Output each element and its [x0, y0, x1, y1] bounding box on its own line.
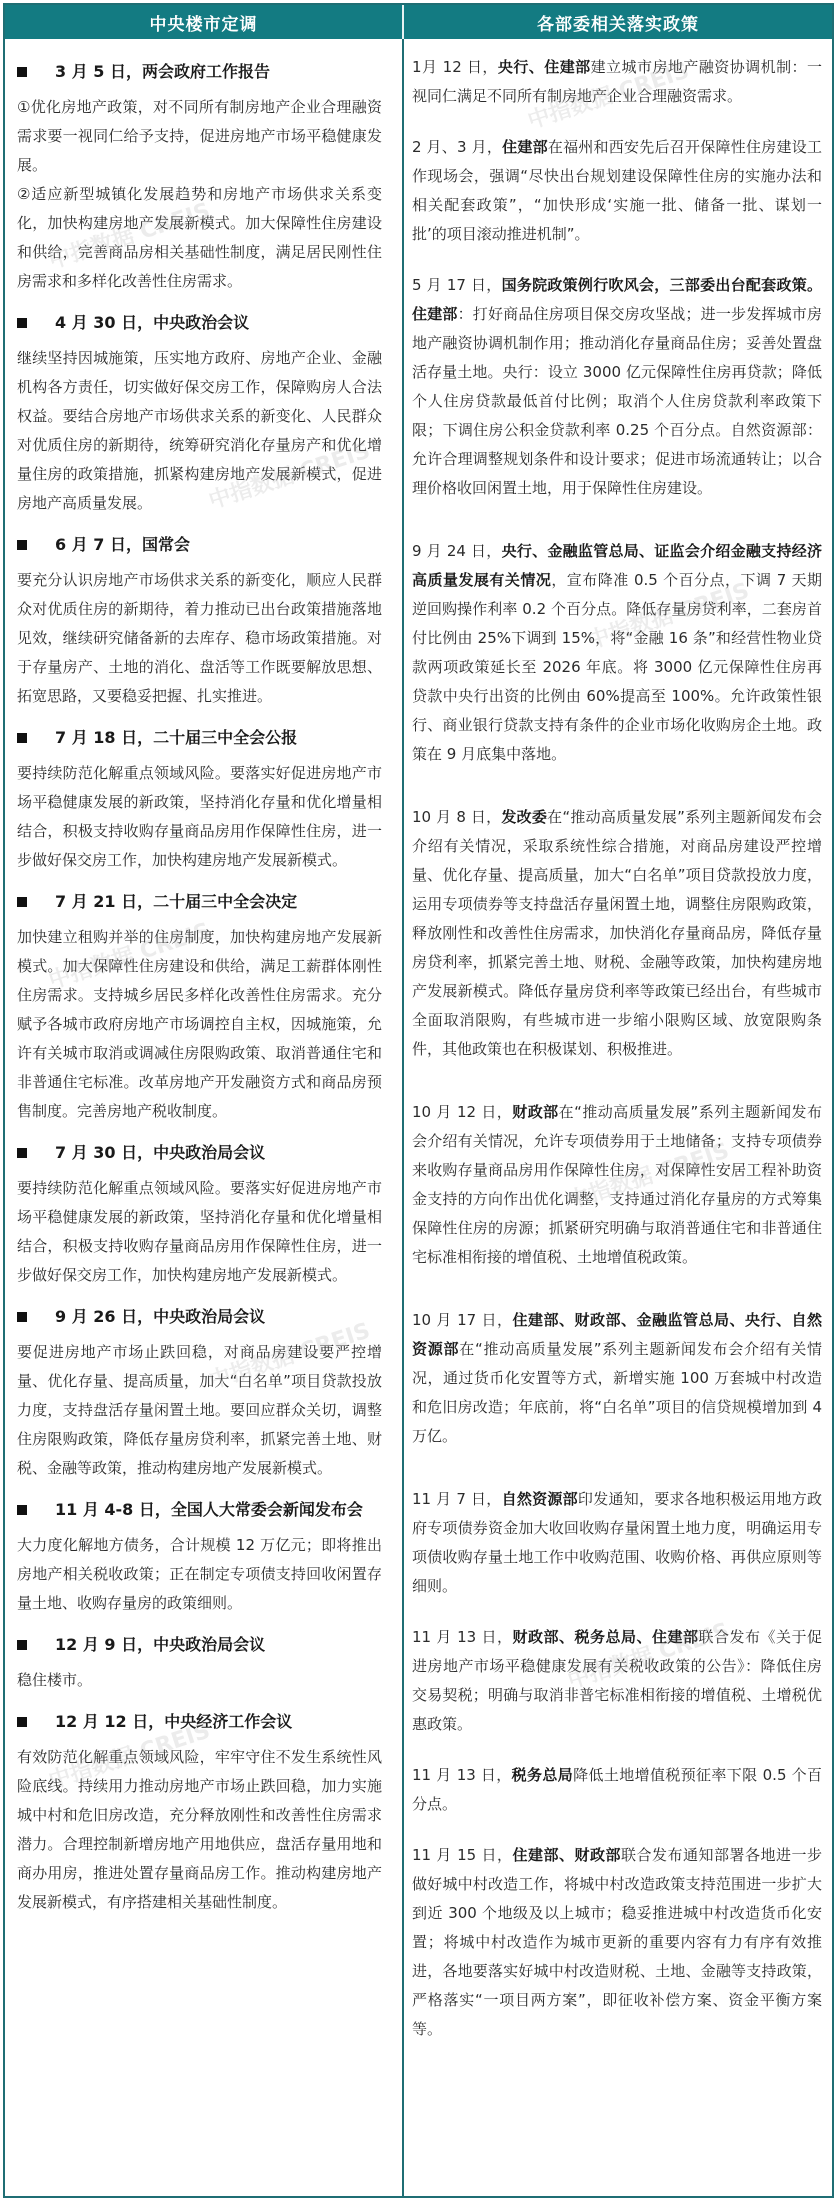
- header-ministry-policies: 各部委相关落实政策: [404, 5, 832, 39]
- entry-agency: 财政部: [512, 1103, 558, 1121]
- policy-entry: 1月 12 日，央行、住建部建立城市房地产融资协调机制：一视同仁满足不同所有制房…: [412, 53, 822, 111]
- section-paragraph: 要促进房地产市场止跌回稳，对商品房建设要严控增量、优化存量、提高质量，加大“白名…: [17, 1338, 382, 1483]
- entry-agency: 央行、住建部: [498, 58, 591, 76]
- square-bullet-icon: [17, 67, 27, 77]
- entry-date: 5 月 17 日，: [412, 276, 502, 294]
- square-bullet-icon: [17, 318, 27, 328]
- central-section: 11 月 4-8 日，全国人大常委会新闻发布会 大力度化解地方债务，合计规模 1…: [17, 1495, 382, 1618]
- entry-date: 11 月 13 日，: [412, 1766, 512, 1784]
- policy-entry: 10 月 12 日，财政部在“推动高质量发展”系列主题新闻发布会介绍有关情况，允…: [412, 1098, 822, 1272]
- entry-agency: 住建部、财政部: [512, 1846, 621, 1864]
- policy-entry: 11 月 15 日，住建部、财政部联合发布通知部署各地进一步做好城中村改造工作，…: [412, 1841, 822, 2044]
- section-title: 9 月 26 日，中央政治局会议: [55, 1302, 265, 1332]
- entry-date: 1月 12 日，: [412, 58, 498, 76]
- central-section: 7 月 21 日，二十届三中全会决定 加快建立租购并举的住房制度，加快构建房地产…: [17, 887, 382, 1126]
- entry-text: 在“推动高质量发展”系列主题新闻发布会介绍有关情况，采取系统性综合措施，对商品房…: [412, 808, 822, 1058]
- entry-date: 10 月 8 日，: [412, 808, 501, 826]
- section-paragraph: 加快建立租购并举的住房制度，加快构建房地产发展新模式。加大保障性住房建设和供给，…: [17, 923, 382, 1126]
- section-paragraph: 有效防范化解重点领域风险，牢牢守住不发生系统性风险底线。持续用力推动房地产市场止…: [17, 1743, 382, 1917]
- square-bullet-icon: [17, 1148, 27, 1158]
- square-bullet-icon: [17, 733, 27, 743]
- section-paragraph: 稳住楼市。: [17, 1666, 382, 1695]
- section-paragraph: 要持续防范化解重点领域风险。要落实好促进房地产市场平稳健康发展的新政策，坚持消化…: [17, 1174, 382, 1290]
- square-bullet-icon: [17, 1312, 27, 1322]
- section-title: 6 月 7 日，国常会: [55, 530, 190, 560]
- section-title: 12 月 12 日，中央经济工作会议: [55, 1707, 292, 1737]
- policy-entry: 11 月 13 日，税务总局降低土地增值税预征率下限 0.5 个百分点。: [412, 1761, 822, 1819]
- central-section: 12 月 12 日，中央经济工作会议 有效防范化解重点领域风险，牢牢守住不发生系…: [17, 1707, 382, 1917]
- section-title: 11 月 4-8 日，全国人大常委会新闻发布会: [55, 1495, 363, 1525]
- central-section: 7 月 30 日，中央政治局会议 要持续防范化解重点领域风险。要落实好促进房地产…: [17, 1138, 382, 1290]
- central-section: 6 月 7 日，国常会 要充分认识房地产市场供求关系的新变化，顺应人民群众对优质…: [17, 530, 382, 711]
- entry-agency: 税务总局: [512, 1766, 573, 1784]
- entry-text: 联合发布通知部署各地进一步做好城中村改造工作，将城中村改造政策支持范围进一步扩大…: [412, 1846, 822, 2038]
- section-title: 4 月 30 日，中央政治会议: [55, 308, 249, 338]
- section-paragraph: 大力度化解地方债务，合计规模 12 万亿元；即将推出房地产相关税收政策；正在制定…: [17, 1531, 382, 1618]
- square-bullet-icon: [17, 897, 27, 907]
- policy-entry: 10 月 17 日，住建部、财政部、金融监管总局、央行、自然资源部在“推动高质量…: [412, 1306, 822, 1451]
- policy-entry: 2 月、3 月，住建部在福州和西安先后召开保障性住房建设工作现场会，强调“尽快出…: [412, 133, 822, 249]
- entry-date: 10 月 12 日，: [412, 1103, 512, 1121]
- entry-agency: 发改委: [501, 808, 547, 826]
- square-bullet-icon: [17, 540, 27, 550]
- ministry-column: 中指数据 CREIS 中指数据 CREIS 中指数据 CREIS 中指数据 CR…: [404, 39, 832, 2196]
- policy-table: 中央楼市定调 各部委相关落实政策 中指数据 CREIS 中指数据 CREIS 中…: [3, 3, 834, 2198]
- header-central-tone: 中央楼市定调: [5, 5, 404, 39]
- central-section: 3 月 5 日，两会政府工作报告 ①优化房地产政策，对不同所有制房地产企业合理融…: [17, 57, 382, 296]
- square-bullet-icon: [17, 1505, 27, 1515]
- entry-date: 9 月 24 日，: [412, 542, 502, 560]
- section-paragraph: 要充分认识房地产市场供求关系的新变化，顺应人民群众对优质住房的新期待，着力推动已…: [17, 566, 382, 711]
- entry-text: 在“推动高质量发展”系列主题新闻发布会介绍有关情况，允许专项债券用于土地储备；支…: [412, 1103, 822, 1266]
- central-section: 7 月 18 日，二十届三中全会公报 要持续防范化解重点领域风险。要落实好促进房…: [17, 723, 382, 875]
- central-section: 12 月 9 日，中央政治局会议 稳住楼市。: [17, 1630, 382, 1695]
- section-paragraph: ①优化房地产政策，对不同所有制房地产企业合理融资需求要一视同仁给予支持，促进房地…: [17, 93, 382, 180]
- entry-date: 11 月 7 日，: [412, 1490, 502, 1508]
- policy-entry: 10 月 8 日，发改委在“推动高质量发展”系列主题新闻发布会介绍有关情况，采取…: [412, 803, 822, 1064]
- entry-date: 11 月 13 日，: [412, 1628, 512, 1646]
- entry-agency: 财政部、税务总局、住建部: [512, 1628, 698, 1646]
- entry-date: 2 月、3 月，: [412, 138, 502, 156]
- central-section: 9 月 26 日，中央政治局会议 要促进房地产市场止跌回稳，对商品房建设要严控增…: [17, 1302, 382, 1483]
- section-title: 7 月 18 日，二十届三中全会公报: [55, 723, 297, 753]
- section-paragraph: ②适应新型城镇化发展趋势和房地产市场供求关系变化，加快构建房地产发展新模式。加大…: [17, 180, 382, 296]
- square-bullet-icon: [17, 1640, 27, 1650]
- entry-text: ：打好商品住房项目保交房攻坚战；进一步发挥城市房地产融资协调机制作用；推动消化存…: [412, 305, 822, 497]
- section-paragraph: 要持续防范化解重点领域风险。要落实好促进房地产市场平稳健康发展的新政策，坚持消化…: [17, 759, 382, 875]
- section-paragraph: 继续坚持因城施策，压实地方政府、房地产企业、金融机构各方责任，切实做好保交房工作…: [17, 344, 382, 518]
- section-title: 7 月 30 日，中央政治局会议: [55, 1138, 265, 1168]
- policy-entry: 5 月 17 日，国务院政策例行吹风会，三部委出台配套政策。住建部：打好商品住房…: [412, 271, 822, 503]
- entry-date: 11 月 15 日，: [412, 1846, 512, 1864]
- section-title: 12 月 9 日，中央政治局会议: [55, 1630, 265, 1660]
- entry-date: 10 月 17 日，: [412, 1311, 512, 1329]
- entry-text: ，宣布降准 0.5 个百分点，下调 7 天期逆回购操作利率 0.2 个百分点。降…: [412, 571, 822, 763]
- section-title: 3 月 5 日，两会政府工作报告: [55, 57, 270, 87]
- entry-agency: 住建部: [502, 138, 548, 156]
- entry-agency: 自然资源部: [502, 1490, 578, 1508]
- policy-entry: 11 月 7 日，自然资源部印发通知，要求各地积极运用地方政府专项债券资金加大收…: [412, 1485, 822, 1601]
- entry-text: 在“推动高质量发展”系列主题新闻发布会介绍有关情况，通过货币化安置等方式，新增实…: [412, 1340, 822, 1445]
- square-bullet-icon: [17, 1717, 27, 1727]
- section-title: 7 月 21 日，二十届三中全会决定: [55, 887, 297, 917]
- policy-entry: 11 月 13 日，财政部、税务总局、住建部联合发布《关于促进房地产市场平稳健康…: [412, 1623, 822, 1739]
- policy-entry: 9 月 24 日，央行、金融监管总局、证监会介绍金融支持经济高质量发展有关情况，…: [412, 537, 822, 769]
- central-column: 中指数据 CREIS 中指数据 CREIS 中指数据 CREIS 中指数据 CR…: [5, 39, 404, 2196]
- central-section: 4 月 30 日，中央政治会议 继续坚持因城施策，压实地方政府、房地产企业、金融…: [17, 308, 382, 518]
